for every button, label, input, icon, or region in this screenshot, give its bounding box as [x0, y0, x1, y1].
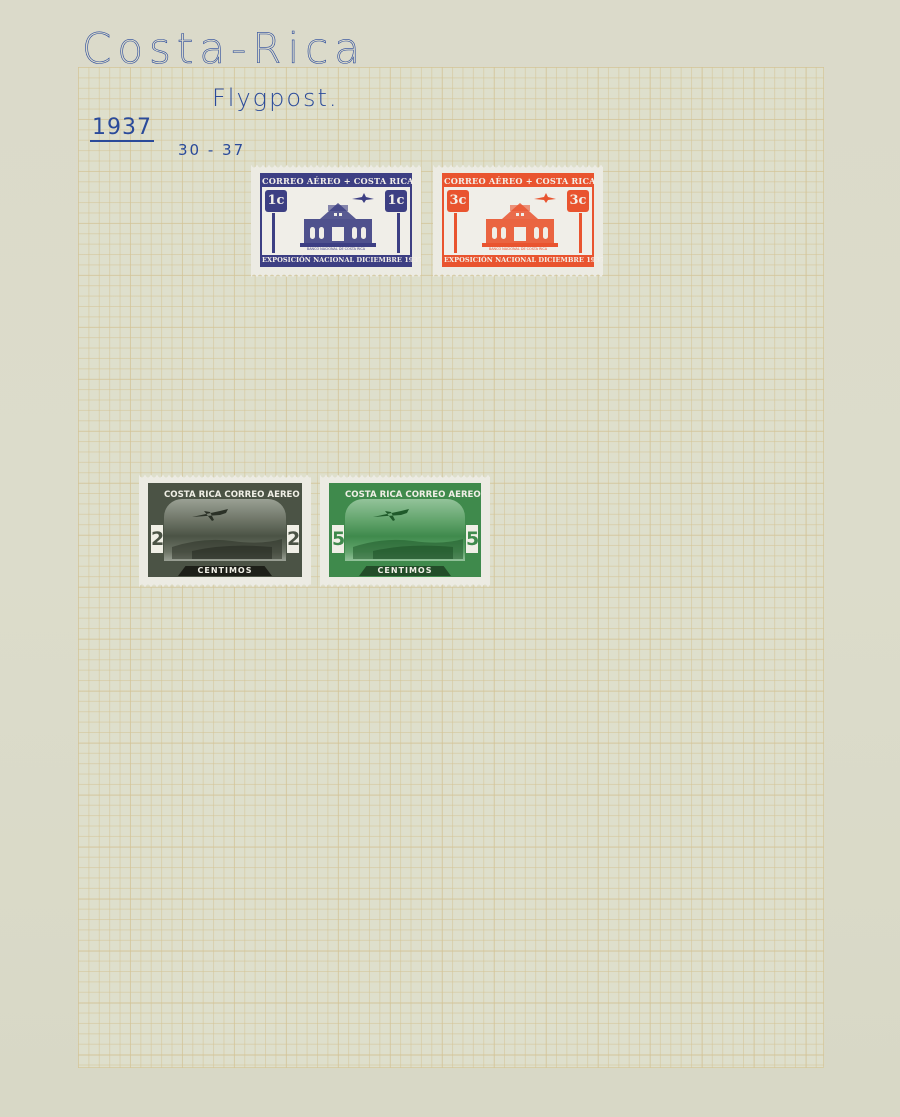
bank-building-illustration: BANCO NACIONAL DE COSTA RICA	[472, 189, 564, 252]
year-label: 1937	[90, 116, 154, 142]
stamp-value-right: 2	[287, 525, 299, 553]
stamp-border	[579, 213, 582, 253]
airplane-icon	[190, 507, 230, 523]
stamp-frame: CORREO AÉREO + COSTA RICA 3c 3c	[442, 173, 594, 267]
stamp-border	[397, 213, 400, 253]
stamp-value-left: 1c	[265, 190, 287, 212]
catalog-range: 30 - 37	[178, 141, 245, 159]
stamp-bottom-text: CENTIMOS	[178, 566, 272, 576]
stamp-2-centimos-grey[interactable]: COSTA RICA CORREO AEREO 2 2 CENTIMOS	[139, 475, 311, 587]
stamp-top-text: COSTA RICA CORREO AEREO	[164, 489, 286, 501]
category-label: Flygpost.	[212, 84, 339, 112]
aerial-city-illustration	[164, 499, 286, 561]
stamp-bottom-text: CENTIMOS	[359, 566, 451, 576]
stamp-bottom-text: EXPOSICIÓN NACIONAL DICIEMBRE 1937	[262, 255, 410, 265]
stamp-value-right: 1c	[385, 190, 407, 212]
city-aerial-view	[353, 533, 463, 559]
stamp-value-left: 2	[151, 525, 163, 553]
airplane-icon	[371, 507, 411, 523]
stamp-value-left: 3c	[447, 190, 469, 212]
stamp-border	[454, 213, 457, 253]
stamp-3c-red[interactable]: CORREO AÉREO + COSTA RICA 3c 3c	[433, 165, 603, 277]
stamp-5-centimos-green[interactable]: COSTA RICA CORREO AEREO 5 5 CENTIMOS	[320, 475, 490, 587]
stamp-frame: COSTA RICA CORREO AEREO 5 5 CENTIMOS	[329, 483, 481, 577]
stamp-caption: BANCO NACIONAL DE COSTA RICA	[472, 247, 564, 251]
stamp-frame: CORREO AÉREO + COSTA RICA 1c 1c	[260, 173, 412, 267]
country-heading: Costa-Rica	[82, 24, 366, 73]
stamp-value-left: 5	[332, 525, 344, 553]
stamp-top-text: COSTA RICA CORREO AEREO	[345, 489, 465, 501]
stamp-top-text: CORREO AÉREO + COSTA RICA	[444, 175, 592, 187]
stamp-frame: COSTA RICA CORREO AEREO 2 2 CENTIMOS	[148, 483, 302, 577]
stamp-bottom-text: EXPOSICIÓN NACIONAL DICIEMBRE 1937	[444, 255, 592, 265]
stamp-top-text: CORREO AÉREO + COSTA RICA	[262, 175, 410, 187]
stamp-caption: BANCO NACIONAL DE COSTA RICA	[290, 247, 382, 251]
city-aerial-view	[172, 533, 282, 559]
stamp-1c-blue[interactable]: CORREO AÉREO + COSTA RICA 1c 1c	[251, 165, 421, 277]
bank-building-illustration: BANCO NACIONAL DE COSTA RICA	[290, 189, 382, 252]
aerial-city-illustration	[345, 499, 465, 561]
stamp-value-right: 5	[466, 525, 478, 553]
stamp-border	[272, 213, 275, 253]
stamp-value-right: 3c	[567, 190, 589, 212]
